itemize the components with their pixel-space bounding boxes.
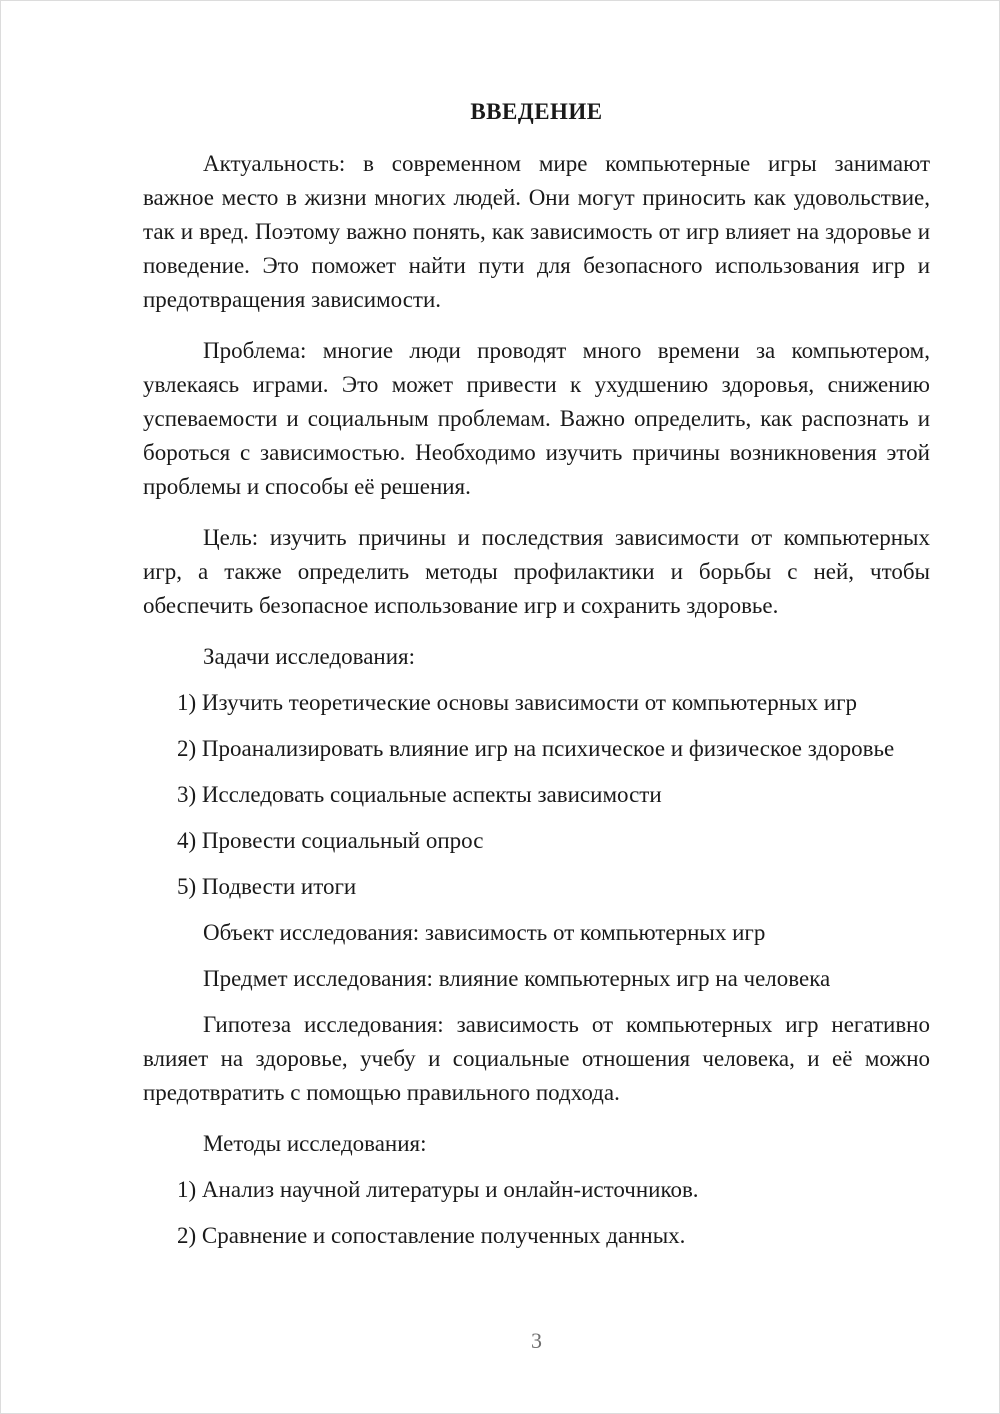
task-item-2: 2) Проанализировать влияние игр на психи…	[143, 732, 930, 766]
section-title: ВВЕДЕНИЕ	[143, 95, 930, 129]
object-of-research-line: Объект исследования: зависимость от комп…	[143, 916, 930, 950]
document-page: ВВЕДЕНИЕ Актуальность: в современном мир…	[0, 0, 1000, 1414]
method-item-1: 1) Анализ научной литературы и онлайн-ис…	[143, 1173, 930, 1207]
paragraph-goal: Цель: изучить причины и последствия зави…	[143, 521, 930, 623]
page-number: 3	[143, 1326, 930, 1356]
paragraph-problem: Проблема: многие люди проводят много вре…	[143, 334, 930, 504]
method-item-2: 2) Сравнение и сопоставление полученных …	[143, 1219, 930, 1253]
paragraph-relevance: Актуальность: в современном мире компьют…	[143, 147, 930, 317]
paragraph-hypothesis: Гипотеза исследования: зависимость от ко…	[143, 1008, 930, 1110]
task-item-1: 1) Изучить теоретические основы зависимо…	[143, 686, 930, 720]
task-item-4: 4) Провести социальный опрос	[143, 824, 930, 858]
task-item-3: 3) Исследовать социальные аспекты зависи…	[143, 778, 930, 812]
tasks-heading: Задачи исследования:	[143, 640, 930, 674]
task-item-5: 5) Подвести итоги	[143, 870, 930, 904]
methods-heading: Методы исследования:	[143, 1127, 930, 1161]
subject-of-research-line: Предмет исследования: влияние компьютерн…	[143, 962, 930, 996]
